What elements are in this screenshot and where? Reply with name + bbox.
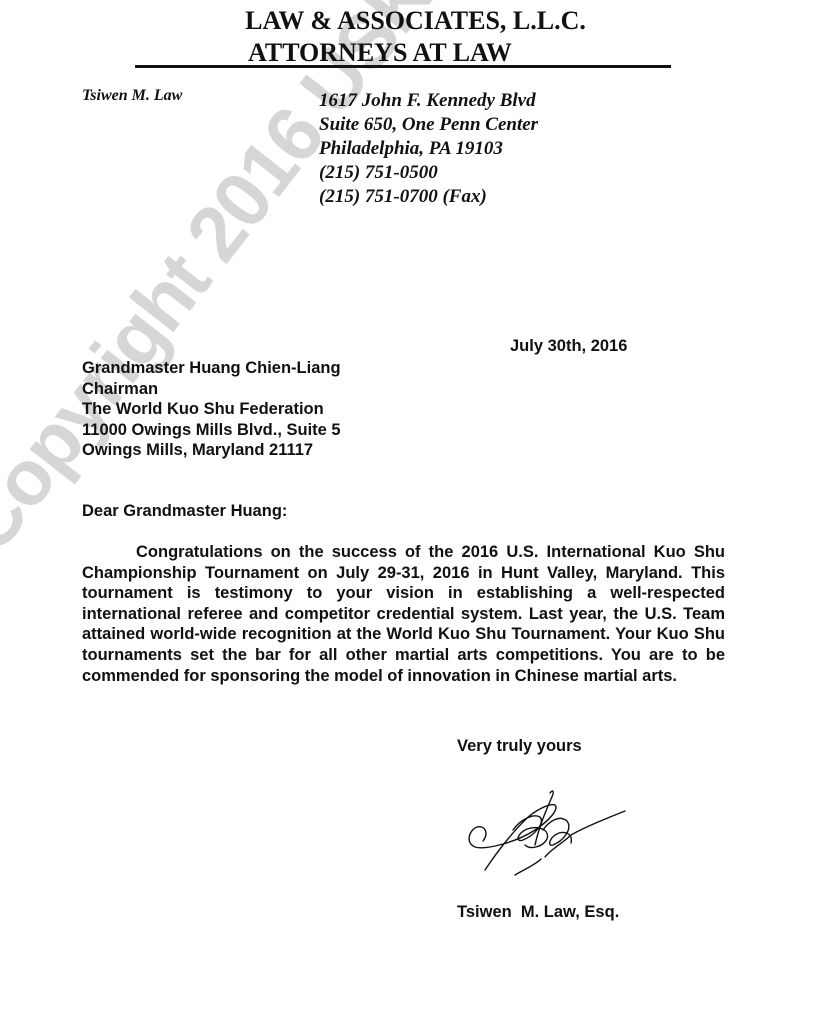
signer-name: Tsiwen M. Law, Esq.	[457, 903, 619, 922]
letter-date: July 30th, 2016	[510, 337, 627, 356]
address-line-city: Philadelphia, PA 19103	[319, 137, 538, 161]
recipient-street: 11000 Owings Mills Blvd., Suite 5	[82, 420, 341, 441]
salutation: Dear Grandmaster Huang:	[82, 502, 287, 521]
firm-name: LAW & ASSOCIATES, L.L.C.	[0, 6, 831, 36]
address-line-street: 1617 John F. Kennedy Blvd	[319, 89, 538, 113]
address-line-suite: Suite 650, One Penn Center	[319, 113, 538, 137]
recipient-title: Chairman	[82, 379, 341, 400]
firm-address: 1617 John F. Kennedy Blvd Suite 650, One…	[319, 89, 538, 209]
recipient-name: Grandmaster Huang Chien-Liang	[82, 358, 341, 379]
letter-content: LAW & ASSOCIATES, L.L.C. ATTORNEYS AT LA…	[0, 0, 831, 1024]
letterhead-divider	[135, 65, 671, 68]
attorney-name: Tsiwen M. Law	[82, 87, 182, 105]
recipient-city: Owings Mills, Maryland 21117	[82, 440, 341, 461]
recipient-address: Grandmaster Huang Chien-Liang Chairman T…	[82, 358, 341, 461]
body-paragraph: Congratulations on the success of the 20…	[82, 542, 725, 686]
signature-icon	[455, 775, 635, 885]
firm-subtitle: ATTORNEYS AT LAW	[248, 38, 512, 68]
letter-page: © Copyright 2016 USKSF. All rights reser…	[0, 0, 831, 1024]
address-line-fax: (215) 751-0700 (Fax)	[319, 185, 538, 209]
recipient-organization: The World Kuo Shu Federation	[82, 399, 341, 420]
closing: Very truly yours	[457, 737, 582, 756]
address-line-phone: (215) 751-0500	[319, 161, 538, 185]
